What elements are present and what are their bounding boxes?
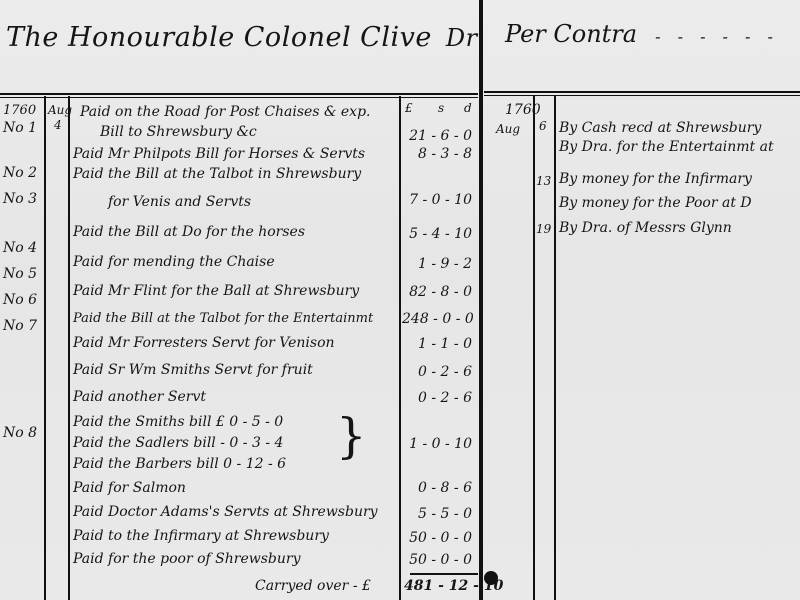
ref-column-rule (44, 96, 46, 600)
debit-title: The Honourable Colonel CliveDr (6, 22, 478, 53)
entry-line: for Venis and Servts (108, 194, 251, 210)
entry-amount: 21 - 6 - 0 (402, 128, 472, 144)
entry-line: Paid the Barbers bill 0 - 12 - 6 (73, 456, 286, 472)
entry-line: Paid Doctor Adams's Servts at Shrewsbury (73, 504, 378, 520)
entry-line: Bill to Shrewsbury &c (100, 124, 257, 140)
entry-ref: No 1 (3, 120, 37, 136)
entry-amount: 5 - 4 - 10 (402, 226, 472, 242)
entry-ref: No 4 (3, 240, 37, 256)
entry-line: Paid for the poor of Shrewsbury (73, 551, 301, 567)
entry-line: Paid to the Infirmary at Shrewsbury (73, 528, 329, 544)
main-divider (479, 0, 483, 600)
header-rule-right-2 (484, 95, 800, 96)
title-dashes: - - - - - - (655, 27, 779, 46)
entry-ref: No 3 (3, 191, 37, 207)
credit-year: 1760 (505, 102, 541, 118)
entry-amount: 0 - 2 - 6 (402, 390, 472, 406)
credit-day: 13 (536, 174, 551, 188)
entry-line: Paid for Salmon (73, 480, 186, 496)
total-rule (410, 573, 478, 575)
credit-title: Per Contra- - - - - - (505, 20, 779, 48)
credit-day: 6 (539, 119, 547, 133)
header-rule-left-2 (0, 97, 478, 98)
entry-line: Paid Sr Wm Smiths Servt for fruit (73, 362, 313, 378)
entry-line: Paid the Bill at Do for the horses (73, 224, 305, 240)
entry-line: Paid on the Road for Post Chaises & exp. (80, 104, 371, 120)
entry-ref: No 7 (3, 318, 37, 334)
carried-over-label: Carryed over - £ (255, 578, 371, 594)
entry-line: Paid Mr Forresters Servt for Venison (73, 335, 335, 351)
right-day-rule (554, 96, 556, 600)
entry-amount: 248 - 0 - 0 (402, 311, 472, 327)
credit-entry: By Cash recd at Shrewsbury (559, 120, 761, 136)
account-name: The Honourable Colonel Clive (6, 22, 432, 53)
ledger-page: The Honourable Colonel CliveDr Per Contr… (0, 0, 800, 600)
entry-amount: 8 - 3 - 8 (402, 146, 472, 162)
entry-amount: 82 - 8 - 0 (402, 284, 472, 300)
per-contra-label: Per Contra (505, 20, 637, 48)
entry-amount: 5 - 5 - 0 (402, 506, 472, 522)
entry-ref: No 5 (3, 266, 37, 282)
entry-ref: No 2 (3, 165, 37, 181)
debit-month: Aug (48, 103, 72, 117)
amount-column-rule (399, 96, 401, 600)
entry-line: Paid Mr Philpots Bill for Horses & Servt… (73, 146, 365, 162)
entry-line: Paid the Bill at the Talbot for the Ente… (73, 311, 373, 326)
debit-year: 1760 (3, 103, 36, 118)
entry-amount: 1 - 1 - 0 (402, 336, 472, 352)
entry-ref: No 8 (3, 425, 37, 441)
pence-header: d (464, 101, 472, 115)
entry-line: Paid for mending the Chaise (73, 254, 275, 270)
ink-blot (484, 571, 498, 585)
header-rule-right (484, 91, 800, 93)
credit-entry: By money for the Poor at D (559, 195, 752, 211)
entry-amount: 50 - 0 - 0 (402, 552, 472, 568)
debit-label: Dr (446, 24, 478, 52)
entry-ref: No 6 (3, 292, 37, 308)
header-rule-left (0, 93, 478, 95)
carried-over-amount: 481 - 12 - 10 (404, 578, 474, 594)
entry-amount: 0 - 2 - 6 (402, 364, 472, 380)
pounds-header: £ (405, 101, 413, 115)
entry-amount: 7 - 0 - 10 (402, 192, 472, 208)
credit-month: Aug (496, 122, 520, 136)
credit-entry: By money for the Infirmary (559, 171, 752, 187)
shillings-header: s (438, 101, 444, 115)
entry-amount: 1 - 0 - 10 (402, 436, 472, 452)
credit-day: 19 (536, 222, 551, 236)
entry-line: Paid another Servt (73, 389, 206, 405)
entry-line: Paid the Bill at the Talbot in Shrewsbur… (73, 166, 361, 182)
debit-day: 4 (54, 118, 62, 132)
credit-entry: By Dra. of Messrs Glynn (559, 220, 732, 236)
entry-amount: 0 - 8 - 6 (402, 480, 472, 496)
month-column-rule (68, 96, 70, 600)
entry-amount: 50 - 0 - 0 (402, 530, 472, 546)
entry-line: Paid the Sadlers bill - 0 - 3 - 4 (73, 435, 283, 451)
group-brace: } (336, 412, 367, 460)
entry-line: Paid the Smiths bill £ 0 - 5 - 0 (73, 414, 283, 430)
entry-amount: 1 - 9 - 2 (402, 256, 472, 272)
credit-entry: By Dra. for the Entertainmt at (559, 139, 774, 155)
entry-line: Paid Mr Flint for the Ball at Shrewsbury (73, 283, 359, 299)
right-month-rule (533, 96, 535, 600)
